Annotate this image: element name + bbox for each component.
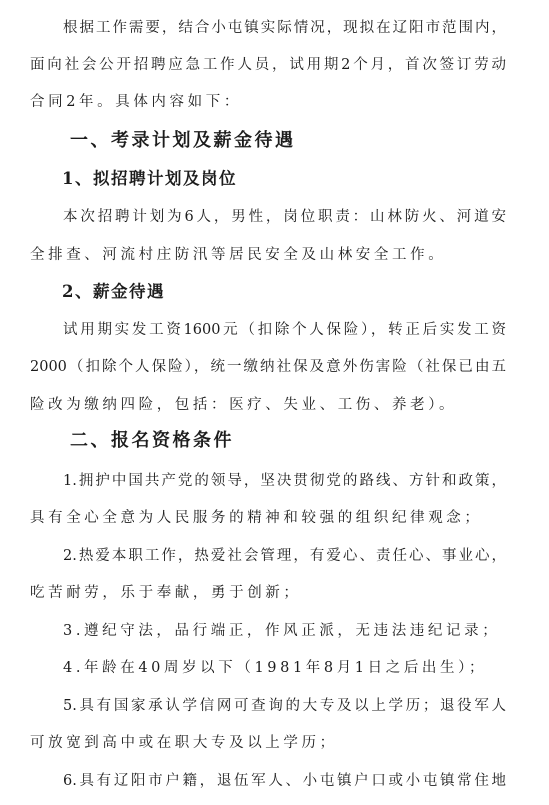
subsection-1-heading: 1、拟招聘计划及岗位 — [62, 167, 538, 191]
item-3-line-1: 3.遵纪守法，品行端正，作风正派，无违法违纪记录； — [63, 619, 506, 643]
sub1-line-1: 本次招聘计划为6人，男性，岗位职责：山林防火、河道安 — [63, 205, 506, 229]
intro-line-2: 面向社会公开招聘应急工作人员，试用期2个月，首次签订劳动 — [30, 53, 506, 77]
section-1-heading: 一、考录计划及薪金待遇 — [70, 129, 546, 153]
item-2-line-1: 2.热爱本职工作，热爱社会管理，有爱心、责任心、事业心， — [63, 544, 506, 568]
item-5-line-2: 可放宽到高中或在职大专及以上学历； — [30, 731, 506, 755]
sub1-line-2: 全排查、河流村庄防汛等居民安全及山林安全工作。 — [30, 243, 506, 267]
item-2-line-2: 吃苦耐劳，乐于奉献，勇于创新； — [30, 581, 506, 605]
document-page: 根据工作需要，结合小屯镇实际情况，现拟在辽阳市范围内， 面向社会公开招聘应急工作… — [0, 0, 549, 805]
item-6-line-1: 6.具有辽阳市户籍，退伍军人、小屯镇户口或小屯镇常住地 — [63, 769, 506, 793]
intro-line-1: 根据工作需要，结合小屯镇实际情况，现拟在辽阳市范围内， — [63, 16, 506, 40]
sub2-line-2: 2000（扣除个人保险），统一缴纳社保及意外伤害险（社保已由五 — [30, 355, 506, 379]
item-4-line-1: 4.年龄在40周岁以下（1981年8月1日之后出生）； — [63, 656, 506, 680]
sub2-line-3: 险改为缴纳四险，包括：医疗、失业、工伤、养老）。 — [30, 393, 506, 417]
item-1-line-2: 具有全心全意为人民服务的精神和较强的组织纪律观念； — [30, 506, 506, 530]
sub2-line-1: 试用期实发工资1600元（扣除个人保险），转正后实发工资 — [63, 318, 506, 342]
subsection-2-heading: 2、薪金待遇 — [62, 280, 538, 304]
item-1-line-1: 1.拥护中国共产党的领导，坚决贯彻党的路线、方针和政策， — [63, 469, 506, 493]
section-2-heading: 二、报名资格条件 — [70, 429, 546, 453]
item-5-line-1: 5.具有国家承认学信网可查询的大专及以上学历；退役军人 — [63, 694, 506, 718]
intro-line-3: 合同2年。具体内容如下： — [30, 90, 506, 114]
